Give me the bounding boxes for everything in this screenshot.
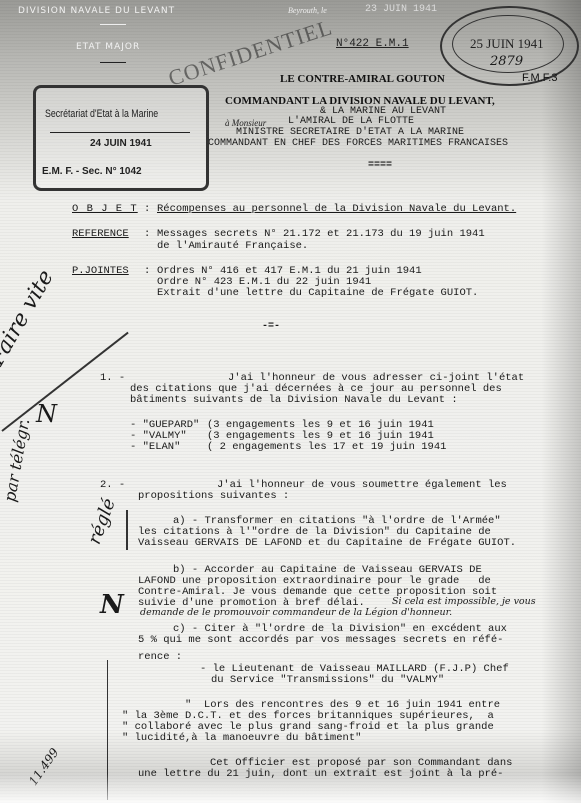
margin-bar — [126, 510, 128, 550]
section-2-number: 2. - — [100, 479, 125, 491]
pj-label: P.JOINTES — [72, 265, 129, 277]
pj-line-3: Extrait d'une lettre du Capitaine de Fré… — [157, 287, 478, 299]
scan-bottom-shadow — [0, 730, 581, 803]
division-header: DIVISION NAVALE DU LEVANT — [18, 6, 175, 16]
header-separator: ==== — [368, 160, 392, 171]
recipient-line-2: MINISTRE SECRETAIRE D'ETAT A LA MARINE — [236, 127, 464, 138]
proposal-c-line-2: 5 % qui me sont accordés par vos message… — [138, 634, 503, 646]
sender-title: LE CONTRE-AMIRAL GOUTON — [280, 73, 445, 85]
meta-separator: -=- — [262, 321, 280, 332]
section-2-line-2: propositions suivantes : — [138, 490, 289, 502]
recipient-line-3: COMMANDANT EN CHEF DES FORCES MARITIMES … — [208, 138, 508, 149]
margin-initials: N — [36, 400, 57, 428]
typed-date: 23 JUIN 1941 — [365, 4, 437, 15]
reference-line-2: de l'Amirauté Française. — [157, 240, 308, 252]
proposal-a-line-3: Vaisseau GERVAIS DE LAFOND et du Capitai… — [138, 537, 516, 549]
objet-text: Récompenses au personnel de la Division … — [157, 203, 516, 215]
reference-line-1: Messages secrets N° 21.172 et 21.173 du … — [157, 228, 485, 240]
place-label: Beyrouth, le — [288, 6, 327, 15]
secretariat-date: 24 JUIN 1941 — [90, 138, 152, 149]
objet-label: O B J E T — [72, 203, 138, 215]
reference-number: N°422 E.M.1 — [336, 38, 409, 50]
reception-number: 2879 — [490, 54, 523, 69]
handwritten-addition-2: demande de le promouvoir commandeur de l… — [140, 607, 452, 618]
scan-shadow — [541, 0, 581, 803]
etat-major-label: ETAT MAJOR — [76, 42, 140, 52]
reference-colon: : — [144, 228, 150, 240]
recipient-line-1: L'AMIRAL DE LA FLOTTE — [288, 116, 414, 127]
divider — [100, 62, 126, 63]
pj-colon: : — [144, 265, 150, 277]
section-1-number: 1. - — [100, 372, 125, 384]
divider — [100, 24, 126, 25]
secretariat-title: Secrétariat d'Etat à la Marine — [45, 108, 158, 120]
reception-date: 25 JUIN 1941 — [470, 36, 544, 52]
objet-colon: : — [144, 203, 150, 215]
stamp-line — [50, 132, 190, 133]
ship-elan-detail: ( 2 engagements les 17 et 19 juin 1941 — [207, 441, 446, 453]
margin-check-mark: N — [100, 590, 124, 620]
citation-officer-line-2: du Service "Transmissions" du "VALMY" — [211, 674, 444, 686]
reference-label: REFERENCE — [72, 228, 129, 240]
proposal-c-line-3: rence : — [138, 651, 182, 663]
section-1-line-3: bâtiments suivants de la Division Navale… — [130, 394, 458, 406]
ship-elan: - "ELAN" — [130, 441, 180, 453]
handwritten-addition-1: Si cela est impossible, je vous — [392, 596, 536, 607]
reception-code: F.M.F.3 — [522, 72, 557, 84]
secretariat-ref: E.M. F. - Sec. N° 1042 — [42, 166, 142, 177]
